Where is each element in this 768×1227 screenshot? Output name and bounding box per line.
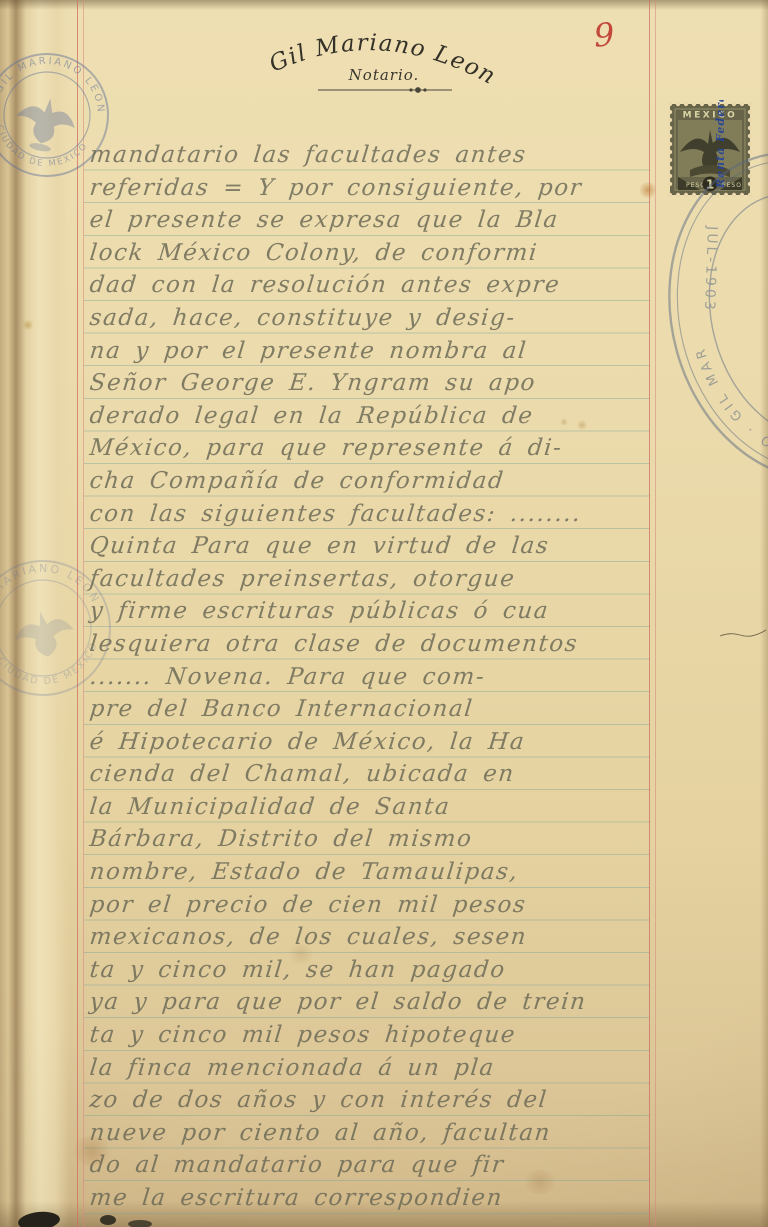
foxing-stain	[520, 1170, 560, 1194]
manuscript-line: cha Compañía de conformidad	[88, 465, 691, 498]
manuscript-line: mexicanos, de los cuales, sesen	[88, 921, 691, 954]
foxing-stain	[560, 418, 568, 426]
manuscript-line: ta y cinco mil, se han pagado	[88, 954, 691, 987]
manuscript-line: con las siguientes facultades: ........	[88, 498, 691, 531]
manuscript-line: por el precio de cien mil pesos	[88, 889, 691, 922]
eagle-emblem	[11, 606, 78, 662]
manuscript-line: la Municipalidad de Santa	[88, 791, 691, 824]
notary-title: Notario.	[348, 66, 420, 84]
manuscript-line: la finca mencionada á un pla	[88, 1052, 691, 1085]
manuscript-line: México, para que represente á di-	[88, 432, 691, 465]
oval-stamp-rim-text: NOTARIO PUBLICO · GIL MARIANO LEON ·	[630, 118, 768, 506]
manuscript-line: nueve por ciento al año, facultan	[88, 1117, 691, 1150]
manuscript-line: Bárbara, Distrito del mismo	[88, 823, 691, 856]
manuscript: mandatario las facultades antesreferidas…	[88, 139, 688, 1215]
ink-blot-bottom-left	[100, 1215, 116, 1225]
foxing-stain	[576, 420, 588, 430]
manuscript-line: facultades preinsertas, otorgue	[88, 563, 691, 596]
foxing-stain	[638, 182, 658, 198]
manuscript-line: nombre, Estado de Tamaulipas,	[88, 856, 691, 889]
manuscript-line: zo de dos años y con interés del	[88, 1084, 691, 1117]
manuscript-line: el presente se expresa que la Bla	[88, 204, 691, 237]
paper-crack	[690, 610, 768, 660]
eagle-emblem	[12, 92, 80, 149]
manuscript-line: cienda del Chamal, ubicada en	[88, 758, 691, 791]
manuscript-line: lesquiera otra clase de documentos	[88, 628, 691, 661]
oval-stamp-date: JUL-1903	[701, 225, 720, 313]
foxing-stain	[286, 944, 316, 964]
foxing-stain	[22, 320, 34, 330]
manuscript-line: y firme escrituras públicas ó cua	[88, 595, 691, 628]
manuscript-line: referidas = Y por consiguiente, por	[88, 172, 691, 205]
notarial-document-page: Gil Mariano Leon Notario. 9 GIL MARIANO …	[0, 0, 768, 1227]
manuscript-line: Quinta Para que en virtud de las	[88, 530, 691, 563]
manuscript-line: Señor George E. Yngram su apo	[88, 367, 691, 400]
manuscript-line: me la escritura correspondien	[88, 1182, 691, 1215]
manuscript-line: ta y cinco mil pesos hipoteque	[88, 1019, 691, 1052]
manuscript-line: derado legal en la República de	[88, 400, 691, 433]
page-number: 9	[593, 15, 616, 54]
foxing-stain	[70, 1136, 114, 1166]
manuscript-line: ya y para que por el saldo de trein	[88, 986, 691, 1019]
manuscript-line: é Hipotecario de México, la Ha	[88, 726, 691, 759]
ink-blot-bottom-left	[128, 1220, 152, 1227]
oval-notary-stamp: NOTARIO PUBLICO · GIL MARIANO LEON · JUL…	[630, 118, 768, 538]
manuscript-line: do al mandatario para que fir	[88, 1149, 691, 1182]
manuscript-line: sada, hace, constituye y desig-	[88, 302, 691, 335]
manuscript-line: pre del Banco Internacional	[88, 693, 691, 726]
manuscript-line: mandatario las facultades antes	[88, 139, 691, 172]
manuscript-line: ....... Novena. Para que com-	[88, 661, 691, 694]
manuscript-line: na y por el presente nombra al	[88, 335, 691, 368]
manuscript-line: lock México Colony, de conformi	[88, 237, 691, 270]
letterhead-divider-ornament	[318, 88, 452, 93]
manuscript-line: dad con la resolución antes expre	[88, 269, 691, 302]
letterhead: Gil Mariano Leon Notario.	[240, 14, 540, 114]
